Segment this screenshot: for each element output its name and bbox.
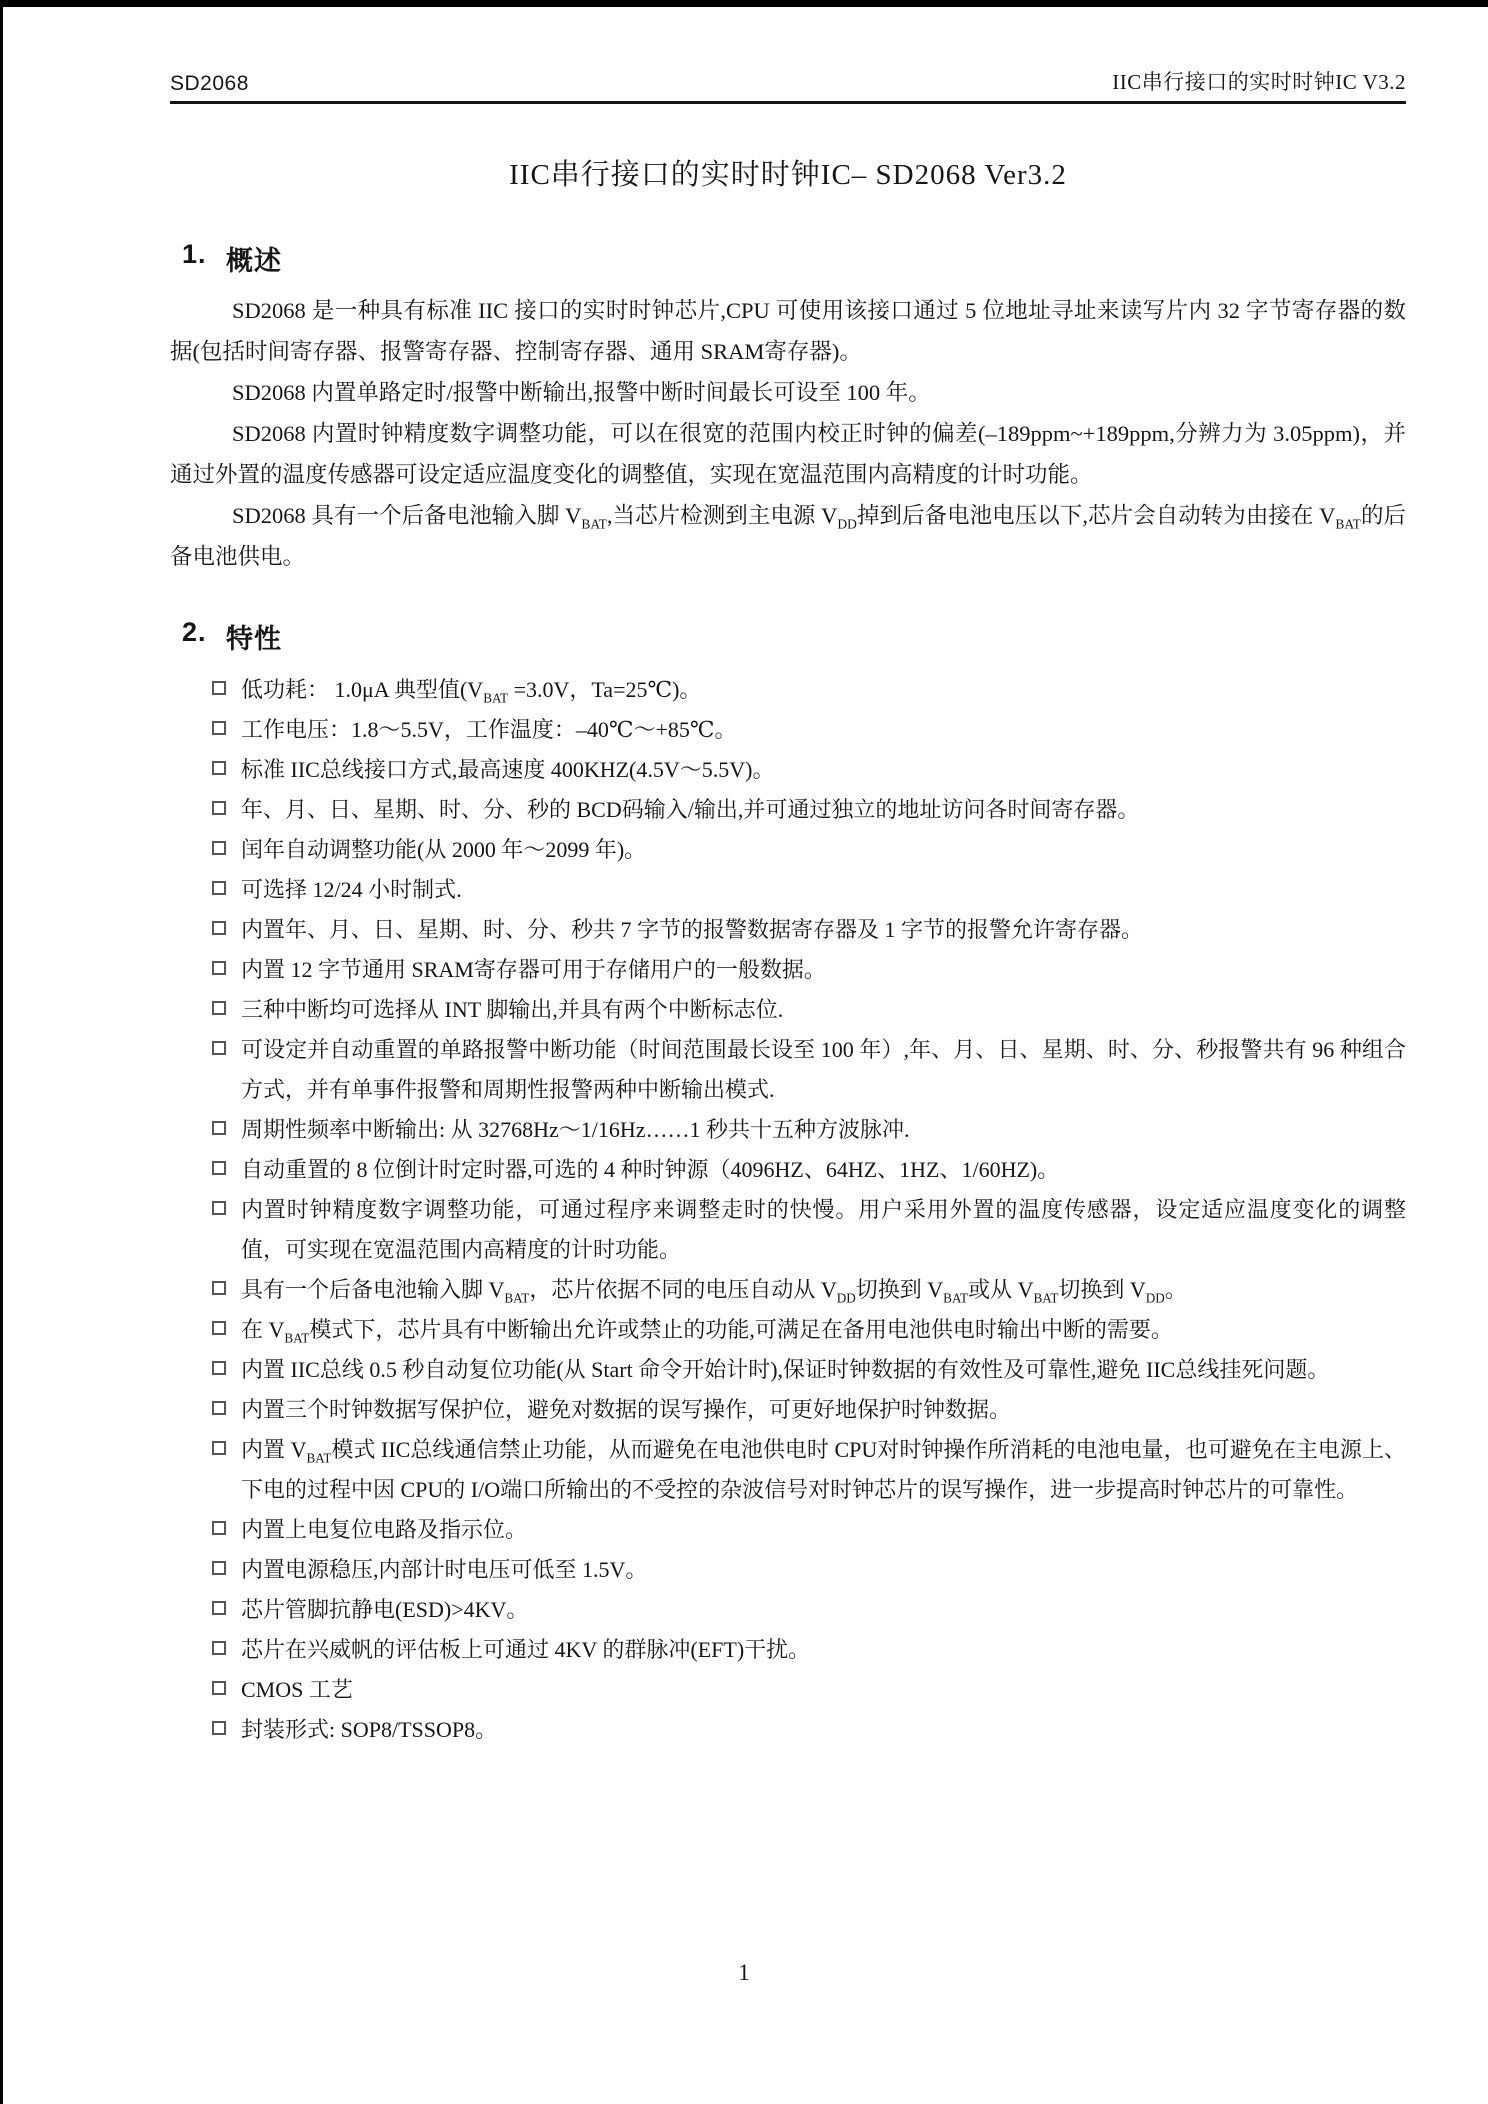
checkbox-bullet-icon <box>212 1361 226 1375</box>
feature-item: 自动重置的 8 位倒计时定时器,可选的 4 种时钟源（4096HZ、64HZ、1… <box>170 1150 1406 1190</box>
feature-text: 芯片在兴威帆的评估板上可通过 4KV 的群脉冲(EFT)干扰。 <box>241 1630 1406 1670</box>
feature-item: 内置 IIC总线 0.5 秒自动复位功能(从 Start 命令开始计时),保证时… <box>170 1350 1406 1390</box>
feature-item: 内置时钟精度数字调整功能，可通过程序来调整走时的快慢。用户采用外置的温度传感器，… <box>170 1190 1406 1270</box>
checkbox-bullet-icon <box>212 1201 226 1215</box>
section-heading-overview: 1. 概述 <box>170 239 1406 278</box>
feature-text: CMOS 工艺 <box>241 1670 1406 1710</box>
feature-text: 内置电源稳压,内部计时电压可低至 1.5V。 <box>241 1550 1406 1590</box>
feature-text: 可选择 12/24 小时制式. <box>241 870 1406 910</box>
checkbox-bullet-icon <box>212 681 226 695</box>
feature-item: 工作电压：1.8～5.5V，工作温度：–40℃～+85℃。 <box>170 710 1406 750</box>
feature-text: 内置时钟精度数字调整功能，可通过程序来调整走时的快慢。用户采用外置的温度传感器，… <box>241 1190 1406 1270</box>
feature-text: 标准 IIC总线接口方式,最高速度 400KHZ(4.5V～5.5V)。 <box>241 750 1406 790</box>
feature-item: 封装形式: SOP8/TSSOP8。 <box>170 1710 1406 1750</box>
feature-item: 可选择 12/24 小时制式. <box>170 870 1406 910</box>
checkbox-bullet-icon <box>212 1281 226 1295</box>
checkbox-bullet-icon <box>212 1521 226 1535</box>
feature-item: 低功耗： 1.0μA 典型值(VBAT =3.0V，Ta=25℃)。 <box>170 670 1406 710</box>
paragraph: SD2068 内置时钟精度数字调整功能，可以在很宽的范围内校正时钟的偏差(–18… <box>170 413 1406 495</box>
feature-text: 芯片管脚抗静电(ESD)>4KV。 <box>241 1590 1406 1630</box>
feature-text: 闰年自动调整功能(从 2000 年～2099 年)。 <box>241 830 1406 870</box>
checkbox-bullet-icon <box>212 1721 226 1735</box>
overview-paragraphs: SD2068 是一种具有标准 IIC 接口的实时时钟芯片,CPU 可使用该接口通… <box>170 290 1406 577</box>
feature-text: 工作电压：1.8～5.5V，工作温度：–40℃～+85℃。 <box>241 710 1406 750</box>
feature-text: 低功耗： 1.0μA 典型值(VBAT =3.0V，Ta=25℃)。 <box>241 670 1406 710</box>
feature-item: 年、月、日、星期、时、分、秒的 BCD码输入/输出,并可通过独立的地址访问各时间… <box>170 790 1406 830</box>
checkbox-bullet-icon <box>212 801 226 815</box>
checkbox-bullet-icon <box>212 1641 226 1655</box>
paragraph: SD2068 具有一个后备电池输入脚 VBAT,当芯片检测到主电源 VDD掉到后… <box>170 495 1406 577</box>
feature-text: 自动重置的 8 位倒计时定时器,可选的 4 种时钟源（4096HZ、64HZ、1… <box>241 1150 1406 1190</box>
checkbox-bullet-icon <box>212 1001 226 1015</box>
feature-item: 内置 VBAT模式 IIC总线通信禁止功能，从而避免在电池供电时 CPU对时钟操… <box>170 1430 1406 1510</box>
feature-text: 封装形式: SOP8/TSSOP8。 <box>241 1710 1406 1750</box>
feature-text: 内置上电复位电路及指示位。 <box>241 1510 1406 1550</box>
document-title: IIC串行接口的实时时钟IC– SD2068 Ver3.2 <box>170 152 1406 193</box>
feature-item: 内置三个时钟数据写保护位，避免对数据的误写操作，可更好地保护时钟数据。 <box>170 1390 1406 1430</box>
feature-item: 具有一个后备电池输入脚 VBAT，芯片依据不同的电压自动从 VDD切换到 VBA… <box>170 1270 1406 1310</box>
page-content: SD2068 IIC串行接口的实时时钟IC V3.2 IIC串行接口的实时时钟I… <box>170 0 1406 1750</box>
feature-item: 芯片在兴威帆的评估板上可通过 4KV 的群脉冲(EFT)干扰。 <box>170 1630 1406 1670</box>
feature-item: 芯片管脚抗静电(ESD)>4KV。 <box>170 1590 1406 1630</box>
checkbox-bullet-icon <box>212 841 226 855</box>
feature-text: 在 VBAT模式下，芯片具有中断输出允许或禁止的功能,可满足在备用电池供电时输出… <box>241 1310 1406 1350</box>
feature-item: 可设定并自动重置的单路报警中断功能（时间范围最长设至 100 年）,年、月、日、… <box>170 1030 1406 1110</box>
checkbox-bullet-icon <box>212 921 226 935</box>
page-number: 1 <box>0 1960 1488 1986</box>
checkbox-bullet-icon <box>212 1161 226 1175</box>
paragraph: SD2068 内置单路定时/报警中断输出,报警中断时间最长可设至 100 年。 <box>170 372 1406 413</box>
scan-edge-left <box>0 0 3 2104</box>
checkbox-bullet-icon <box>212 761 226 775</box>
feature-item: 内置年、月、日、星期、时、分、秒共 7 字节的报警数据寄存器及 1 字节的报警允… <box>170 910 1406 950</box>
feature-text: 内置年、月、日、星期、时、分、秒共 7 字节的报警数据寄存器及 1 字节的报警允… <box>241 910 1406 950</box>
feature-item: CMOS 工艺 <box>170 1670 1406 1710</box>
feature-item: 在 VBAT模式下，芯片具有中断输出允许或禁止的功能,可满足在备用电池供电时输出… <box>170 1310 1406 1350</box>
checkbox-bullet-icon <box>212 1561 226 1575</box>
header-doc-title: IIC串行接口的实时时钟IC V3.2 <box>1112 66 1406 96</box>
feature-item: 内置 12 字节通用 SRAM寄存器可用于存储用户的一般数据。 <box>170 950 1406 990</box>
checkbox-bullet-icon <box>212 721 226 735</box>
section-number: 1. <box>182 239 226 278</box>
checkbox-bullet-icon <box>212 1401 226 1415</box>
checkbox-bullet-icon <box>212 961 226 975</box>
feature-text: 周期性频率中断输出: 从 32768Hz～1/16Hz……1 秒共十五种方波脉冲… <box>241 1110 1406 1150</box>
checkbox-bullet-icon <box>212 1321 226 1335</box>
checkbox-bullet-icon <box>212 1121 226 1135</box>
feature-text: 可设定并自动重置的单路报警中断功能（时间范围最长设至 100 年）,年、月、日、… <box>241 1030 1406 1110</box>
page-header: SD2068 IIC串行接口的实时时钟IC V3.2 <box>170 66 1406 104</box>
feature-text: 三种中断均可选择从 INT 脚输出,并具有两个中断标志位. <box>241 990 1406 1030</box>
section-title: 概述 <box>226 239 282 278</box>
features-list: 低功耗： 1.0μA 典型值(VBAT =3.0V，Ta=25℃)。 工作电压：… <box>170 670 1406 1750</box>
feature-text: 内置 VBAT模式 IIC总线通信禁止功能，从而避免在电池供电时 CPU对时钟操… <box>241 1430 1406 1510</box>
checkbox-bullet-icon <box>212 1601 226 1615</box>
header-part-number: SD2068 <box>170 72 249 96</box>
checkbox-bullet-icon <box>212 1041 226 1055</box>
section-title: 特性 <box>226 617 282 656</box>
feature-item: 内置电源稳压,内部计时电压可低至 1.5V。 <box>170 1550 1406 1590</box>
feature-item: 闰年自动调整功能(从 2000 年～2099 年)。 <box>170 830 1406 870</box>
feature-item: 三种中断均可选择从 INT 脚输出,并具有两个中断标志位. <box>170 990 1406 1030</box>
feature-item: 标准 IIC总线接口方式,最高速度 400KHZ(4.5V～5.5V)。 <box>170 750 1406 790</box>
feature-text: 具有一个后备电池输入脚 VBAT，芯片依据不同的电压自动从 VDD切换到 VBA… <box>241 1270 1406 1310</box>
paragraph: SD2068 是一种具有标准 IIC 接口的实时时钟芯片,CPU 可使用该接口通… <box>170 290 1406 372</box>
checkbox-bullet-icon <box>212 881 226 895</box>
feature-text: 内置三个时钟数据写保护位，避免对数据的误写操作，可更好地保护时钟数据。 <box>241 1390 1406 1430</box>
section-number: 2. <box>182 617 226 656</box>
section-heading-features: 2. 特性 <box>170 617 1406 656</box>
feature-text: 内置 IIC总线 0.5 秒自动复位功能(从 Start 命令开始计时),保证时… <box>241 1350 1406 1390</box>
feature-item: 内置上电复位电路及指示位。 <box>170 1510 1406 1550</box>
checkbox-bullet-icon <box>212 1441 226 1455</box>
feature-text: 年、月、日、星期、时、分、秒的 BCD码输入/输出,并可通过独立的地址访问各时间… <box>241 790 1406 830</box>
feature-text: 内置 12 字节通用 SRAM寄存器可用于存储用户的一般数据。 <box>241 950 1406 990</box>
checkbox-bullet-icon <box>212 1681 226 1695</box>
datasheet-page: SD2068 IIC串行接口的实时时钟IC V3.2 IIC串行接口的实时时钟I… <box>0 0 1488 2104</box>
feature-item: 周期性频率中断输出: 从 32768Hz～1/16Hz……1 秒共十五种方波脉冲… <box>170 1110 1406 1150</box>
